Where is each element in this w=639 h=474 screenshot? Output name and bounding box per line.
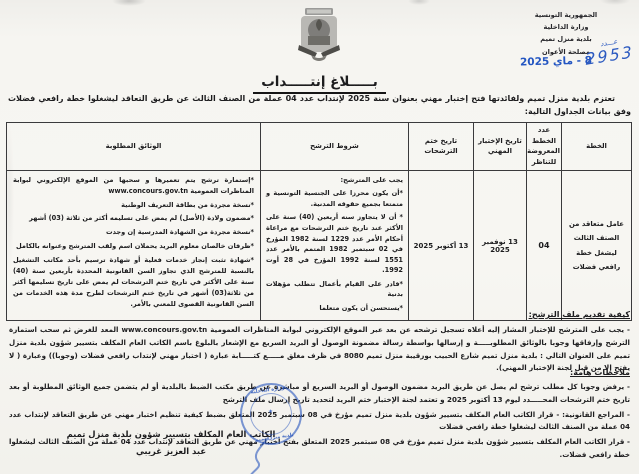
table-header-row: الخطة عدد الخطط المعروضة للتناظر تاريخ ا… (7, 123, 632, 171)
document-item: *مضمون ولادة (الأصل) لم يمض على تسليمه أ… (13, 213, 254, 224)
letterhead-republic: الجمهورية التونسية (507, 9, 625, 21)
header-conditions: شروط الترشح (261, 123, 409, 171)
signatory-name: عبد العزيز غريبي (56, 446, 286, 458)
cell-exam-date: 13 نوفمبر 2025 (474, 170, 527, 321)
header-documents: الوثائق المطلوبة (7, 123, 261, 171)
municipality-emblem-icon (293, 7, 345, 61)
document-item: *نسخة مجردة من بطاقة التعريف الوطنية (13, 200, 254, 211)
scan-smudge (600, 0, 630, 5)
conditions-intro: يجب على المترشح: (266, 175, 403, 186)
document-item: *إستمارة ترشح يتم تعميرها و سحبها من الم… (13, 175, 254, 197)
header-deadline: تاريخ ختم الترشحات (409, 123, 474, 171)
condition-item: *قادر على القيام بأعمال تتطلب مؤهلات بدن… (266, 279, 403, 300)
header-exam-date: تاريخ الإختبار المهني (474, 123, 527, 171)
apply-heading: كيفية تقديم ملف الترشح: (529, 310, 630, 319)
recruitment-table: الخطة عدد الخطط المعروضة للتناظر تاريخ ا… (6, 122, 632, 321)
document-title-wrap: بـــــلاغ إنتـــــداب (0, 71, 639, 94)
condition-item: * أن لا يتجاوز سنه أربعين (40) سنة على ا… (266, 212, 403, 275)
notes-heading: ملاحظات هامة: (570, 368, 630, 377)
cell-conditions: يجب على المترشح: *أن يكون محرزا على الجن… (261, 170, 409, 321)
cell-position: عامل متعاقد من الصنف الثالث ليشغل خطة را… (562, 170, 632, 321)
received-date-stamp: 8 - ماي 2025 (482, 55, 592, 70)
scan-smudge (408, 0, 430, 5)
document-item: *نسخة مجردة من الشهادة المدرسية إن وجدت (13, 227, 254, 238)
intro-paragraph: تعتزم بلدية منزل تميم ولفائدتها فتح إختب… (8, 93, 631, 119)
scan-smudge (112, 0, 146, 6)
cell-count: 04 (527, 170, 562, 321)
letterhead-ministry: وزارة الداخلية (507, 21, 625, 33)
header-position: الخطة (562, 123, 632, 171)
condition-item: *أن يكون محرزا على الجنسية التونسية و مت… (266, 188, 403, 209)
document-title: بـــــلاغ إنتـــــداب (253, 74, 386, 94)
document-item: *ظرفان خالصان معلوم البريد يحملان اسم ول… (13, 241, 254, 252)
reference-number: 2953 (585, 44, 634, 68)
header-count: عدد الخطط المعروضة للتناظر (527, 123, 562, 171)
table-row: عامل متعاقد من الصنف الثالث ليشغل خطة را… (7, 170, 632, 321)
note-item: - يرفض وجوبا كل مطلب ترشح لم يصل عن طريق… (9, 381, 630, 407)
signature-block: الكاتب العام المكلف بتسيير شؤون بلدية من… (56, 429, 286, 458)
cell-deadline: 13 أكتوبر 2025 (409, 170, 474, 321)
cell-documents: *إستمارة ترشح يتم تعميرها و سحبها من الم… (7, 170, 261, 321)
scanned-announcement-page: الجمهورية التونسية وزارة الداخلية بلدية … (0, 0, 639, 474)
signatory-title: الكاتب العام المكلف بتسيير شؤون بلدية من… (56, 429, 286, 441)
